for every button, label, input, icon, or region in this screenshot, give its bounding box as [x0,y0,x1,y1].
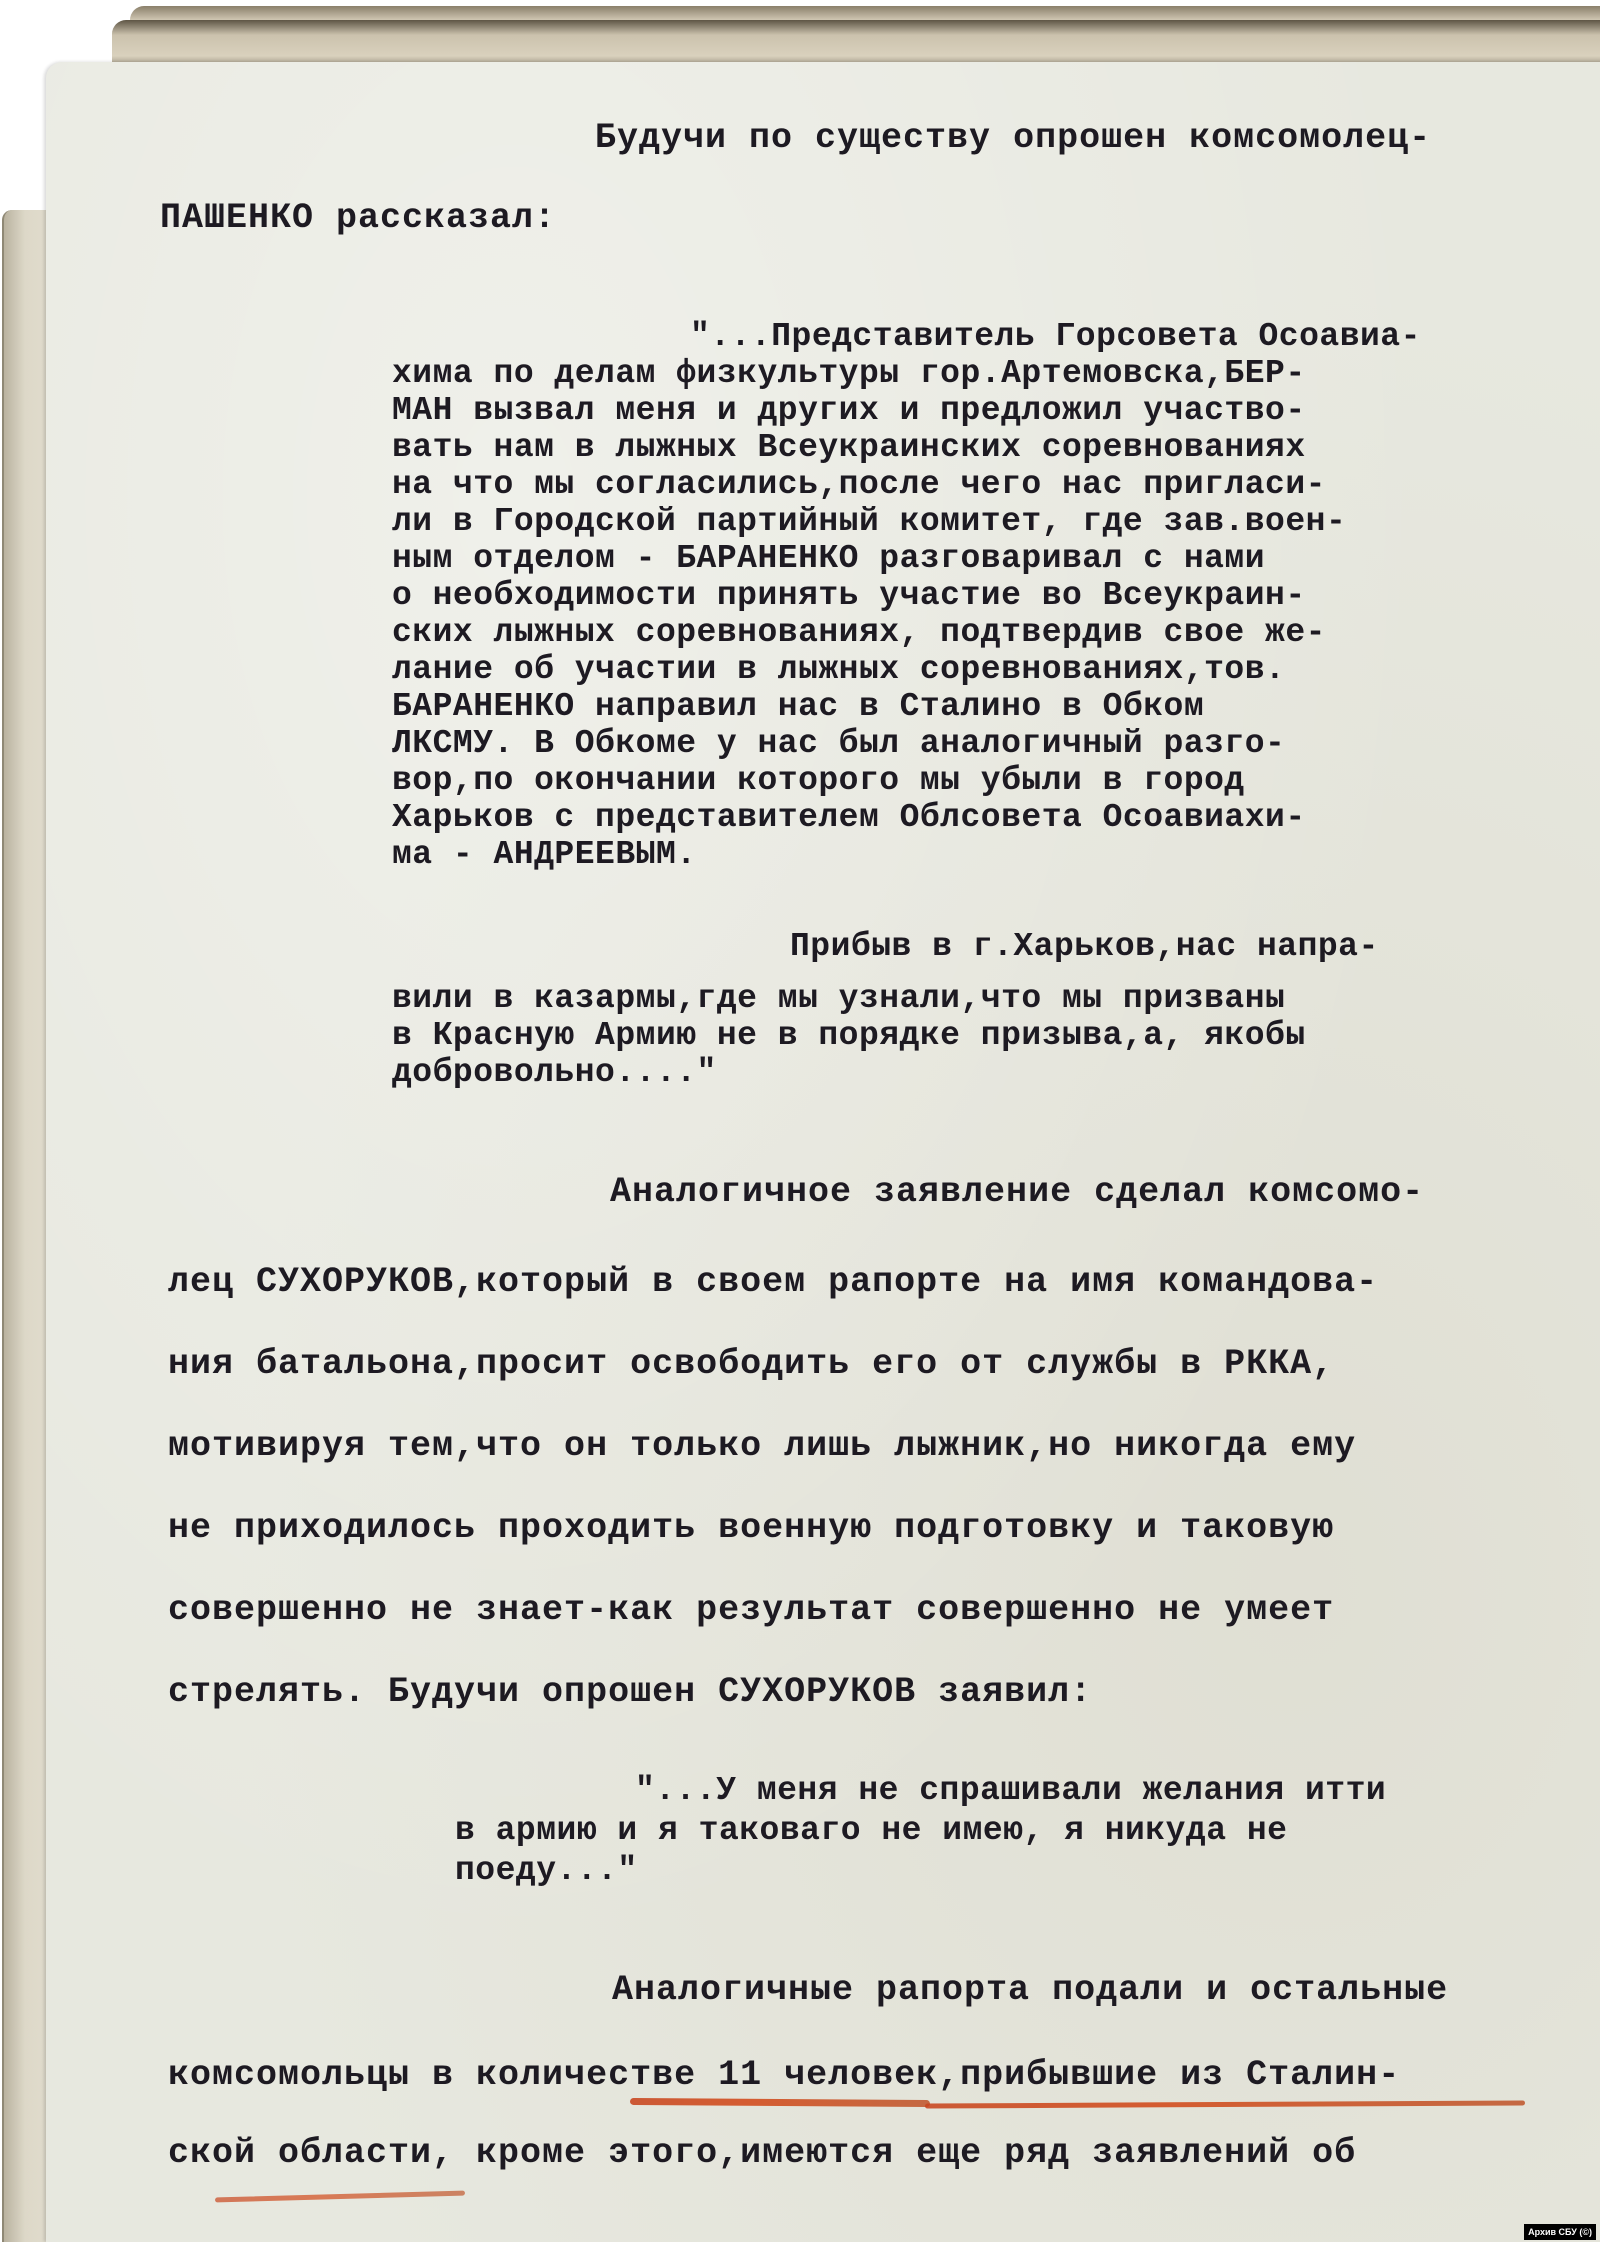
body-line: мотивируя тем,что он только лишь лыжник,… [168,1426,1356,1466]
quote1-line: лание об участии в лыжных соревнованиях,… [392,651,1285,688]
body-line: лец СУХОРУКОВ,который в своем рапорте на… [168,1262,1378,1302]
quote1-line: на что мы согласились,после чего нас при… [392,466,1326,503]
quote1-line: "...Представитель Горсовета Осоавиа- [690,318,1421,355]
quote1-line: о необходимости принять участие во Всеук… [392,577,1306,614]
quote2-line: поеду..." [455,1852,638,1889]
body-line: ния батальона,просит освободить его от с… [168,1344,1334,1384]
quote2-line: в армию и я таковаго не имею, я никуда н… [455,1812,1287,1849]
quote1-line: ЛКСМУ. В Обкоме у нас был аналогичный ра… [392,725,1285,762]
quote1-line: вили в казармы,где мы узнали,что мы приз… [392,980,1285,1017]
quote1-line: ма - АНДРЕЕВЫМ. [392,836,697,873]
quote1-line: ли в Городской партийный комитет, где за… [392,503,1346,540]
body-line: стрелять. Будучи опрошен СУХОРУКОВ заяви… [168,1672,1092,1712]
intro-line-1: Будучи по существу опрошен комсомолец- [595,118,1431,158]
body-line: не приходилось проходить военную подгото… [168,1508,1334,1548]
quote1-line: вать нам в лыжных Всеукраинских соревнов… [392,429,1306,466]
quote1-line: в Красную Армию не в порядке призыва,а, … [392,1017,1306,1054]
archive-watermark: Архив СБУ (©) [1524,2224,1596,2240]
quote1-line: ских лыжных соревнованиях, подтвердив св… [392,614,1326,651]
intro-line-2: ПАШЕНКО рассказал: [160,198,556,238]
quote1-line: ным отделом - БАРАНЕНКО разговаривал с н… [392,540,1265,577]
quote1-line: БАРАНЕНКО направил нас в Сталино в Обком [392,688,1204,725]
quote2-line: "...У меня не спрашивали желания итти [635,1772,1386,1809]
quote1-line: Прибыв в г.Харьков,нас напра- [790,928,1379,965]
quote1-line: добровольно...." [392,1054,717,1091]
body-line: Аналогичные рапорта подали и остальные [612,1970,1448,2010]
body-line: комсомольцы в количестве 11 человек,приб… [168,2055,1400,2095]
quote1-line: Харьков с представителем Облсовета Осоав… [392,799,1306,836]
quote1-line: вор,по окончании которого мы убыли в гор… [392,762,1245,799]
body-line: ской области, кроме этого,имеются еще ря… [168,2133,1356,2173]
body-line: совершенно не знает-как результат соверш… [168,1590,1334,1630]
quote1-line: хима по делам физкультуры гор.Артемовска… [392,355,1306,392]
body-line: Аналогичное заявление сделал комсомо- [610,1172,1424,1212]
quote1-line: МАН вызвал меня и других и предложил уча… [392,392,1306,429]
